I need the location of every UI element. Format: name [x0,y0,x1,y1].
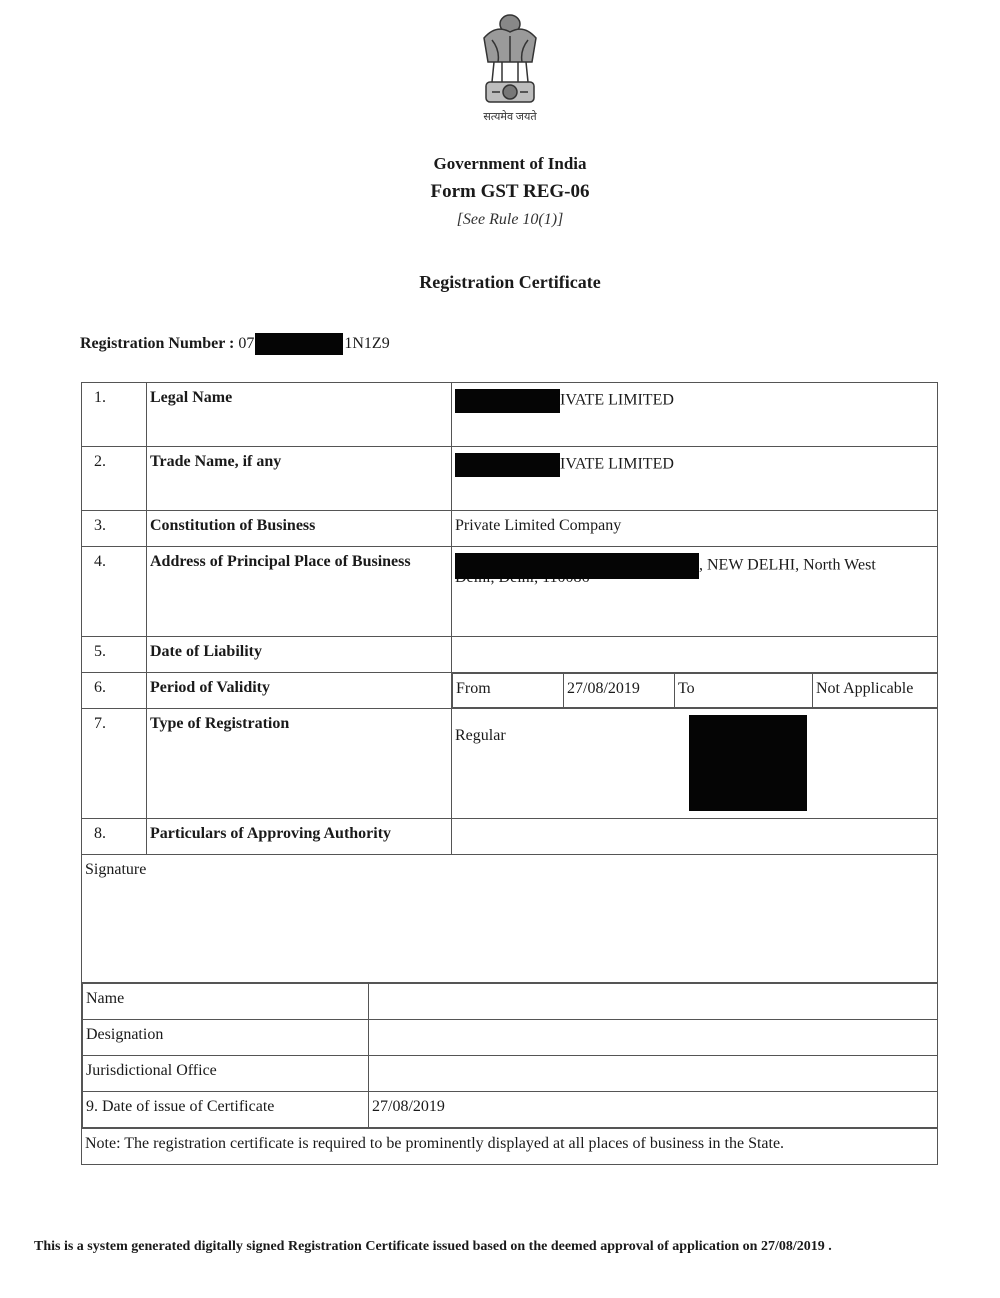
table-row: 3. Constitution of Business Private Limi… [82,511,938,547]
row-number: 4. [82,547,147,637]
note-row: Note: The registration certificate is re… [82,1129,938,1165]
row-number: 2. [82,447,147,511]
name-value [369,984,938,1020]
row-number: 5. [82,637,147,673]
constitution-value: Private Limited Company [452,511,938,547]
row-label: Date of Liability [147,637,452,673]
row-label: Period of Validity [147,673,452,709]
validity-from-date: 27/08/2019 [564,674,675,708]
date-of-liability-value [452,637,938,673]
row-label: Type of Registration [147,709,452,819]
emblem-motto: सत्यमेव जयते [440,109,580,124]
registration-number-prefix: 07 [238,335,254,353]
row-number: 7. [82,709,147,819]
validity-from-label: From [453,674,564,708]
redaction-block [255,333,343,355]
row-number: 6. [82,673,147,709]
issue-date-value: 27/08/2019 [369,1092,938,1128]
validity-cell: From 27/08/2019 To Not Applicable [452,673,938,709]
registration-number-label: Registration Number : [80,335,234,353]
registration-number: Registration Number : 07 1N1Z9 [80,333,390,355]
form-title: Form GST REG-06 [0,181,1000,203]
designation-label: Designation [83,1020,369,1056]
registration-number-suffix: 1N1Z9 [344,335,389,353]
signature-row: Signature [82,855,938,983]
jurisdictional-office-value [369,1056,938,1092]
table-row: 8. Particulars of Approving Authority [82,819,938,855]
approving-authority-value [452,819,938,855]
signature-label: Signature [82,855,937,885]
display-note: Note: The registration certificate is re… [82,1129,938,1165]
authority-rows: Name Designation Jurisdictional Office 9… [82,983,938,1129]
rule-reference: [See Rule 10(1)] [0,211,1000,229]
row-label: Address of Principal Place of Business [147,547,452,637]
issue-date-label: 9. Date of issue of Certificate [83,1092,369,1128]
row-label: Constitution of Business [147,511,452,547]
government-heading: Government of India [0,154,1000,174]
redaction-block [689,715,807,811]
redaction-block [455,553,699,579]
validity-to-label: To [675,674,813,708]
row-label: Trade Name, if any [147,447,452,511]
address-value: , NEW DELHI, North West Delhi, Delhi, 11… [452,547,938,637]
designation-value [369,1020,938,1056]
table-row: 6. Period of Validity From 27/08/2019 To… [82,673,938,709]
table-row: 7. Type of Registration Regular [82,709,938,819]
row-number: 1. [82,383,147,447]
validity-to-value: Not Applicable [813,674,938,708]
table-row: 4. Address of Principal Place of Busines… [82,547,938,637]
table-row: 1. Legal Name IVATE LIMITED [82,383,938,447]
redaction-block [455,389,560,413]
trade-name-value: IVATE LIMITED [452,447,938,511]
row-label: Particulars of Approving Authority [147,819,452,855]
jurisdictional-office-label: Jurisdictional Office [83,1056,369,1092]
registration-type-value: Regular [452,709,938,819]
certificate-table: 1. Legal Name IVATE LIMITED 2. Trade Nam… [81,382,938,1165]
row-label: Legal Name [147,383,452,447]
legal-name-value: IVATE LIMITED [452,383,938,447]
table-row: 2. Trade Name, if any IVATE LIMITED [82,447,938,511]
row-number: 8. [82,819,147,855]
row-number: 3. [82,511,147,547]
system-generated-footer: This is a system generated digitally sig… [34,1239,832,1255]
certificate-title: Registration Certificate [0,272,1000,293]
table-row: 5. Date of Liability [82,637,938,673]
redaction-block [455,453,560,477]
name-label: Name [83,984,369,1020]
